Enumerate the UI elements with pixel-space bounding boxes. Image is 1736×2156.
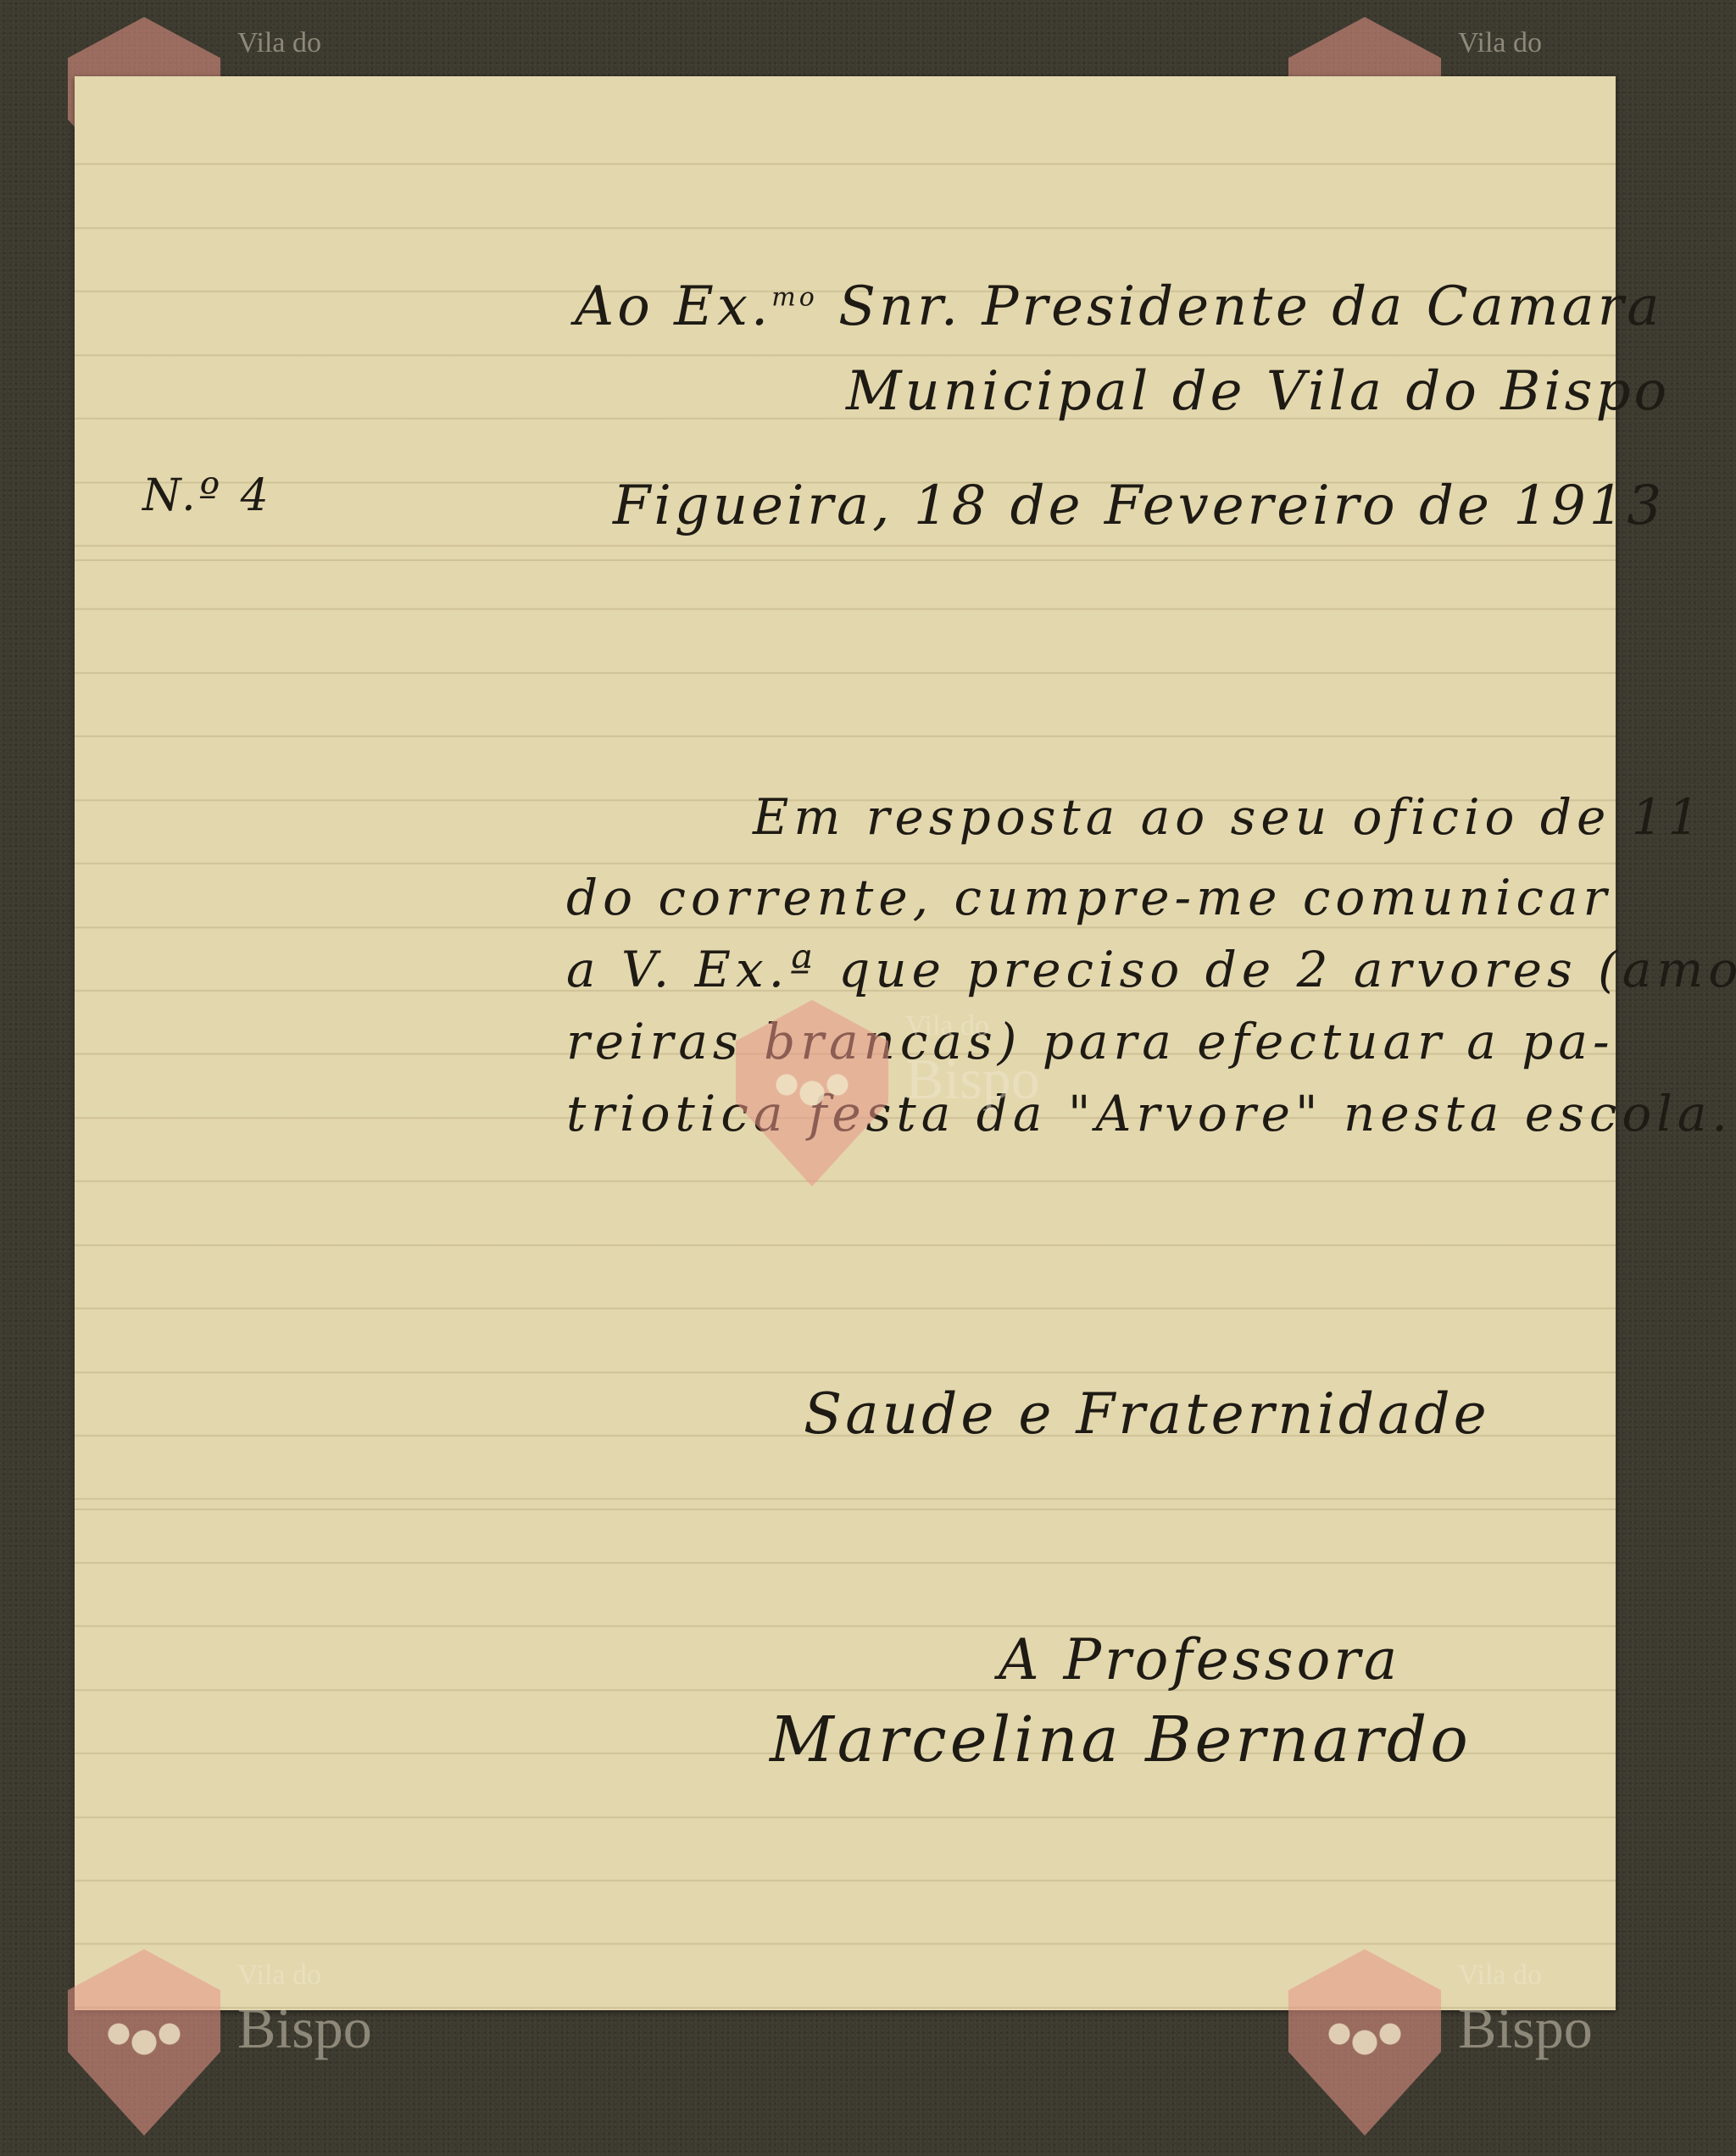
signature-name: Marcelina Bernardo [770,1703,1472,1776]
body-line: do corrente, cumpre-me comunicar [566,869,1611,926]
signature-title: A Professora [999,1627,1400,1692]
letter-page: Ao Ex.mo Snr. Presidente da Camara Munic… [75,76,1616,2010]
document-number: N.º 4 [142,470,272,521]
body-line: Em resposta ao seu oficio de 11 [753,788,1705,846]
addressee-line2: Municipal de Vila do Bispo [846,360,1670,423]
fold-line [75,559,1616,561]
watermark-line1: Vila do [1458,17,1593,69]
place-date: Figueira, 18 de Fevereiro de 1913 [613,475,1665,537]
addressee-line1: Ao Ex.mo Snr. Presidente da Camara [575,275,1662,338]
closing: Saude e Fraternidade [804,1381,1490,1447]
fold-line [75,1509,1616,1510]
watermark-line1: Vila do [237,17,372,69]
body-line: triotica festa da "Arvore" nesta escola. [566,1085,1733,1142]
body-line: a V. Ex.ª que preciso de 2 arvores (amo- [566,941,1736,998]
addressee-rest: Snr. Presidente da Camara [838,275,1662,338]
addressee-sup: mo [771,283,818,313]
body-line: reiras brancas) para efectuar a pa- [566,1013,1615,1070]
addressee-prefix: Ao Ex. [575,275,771,338]
